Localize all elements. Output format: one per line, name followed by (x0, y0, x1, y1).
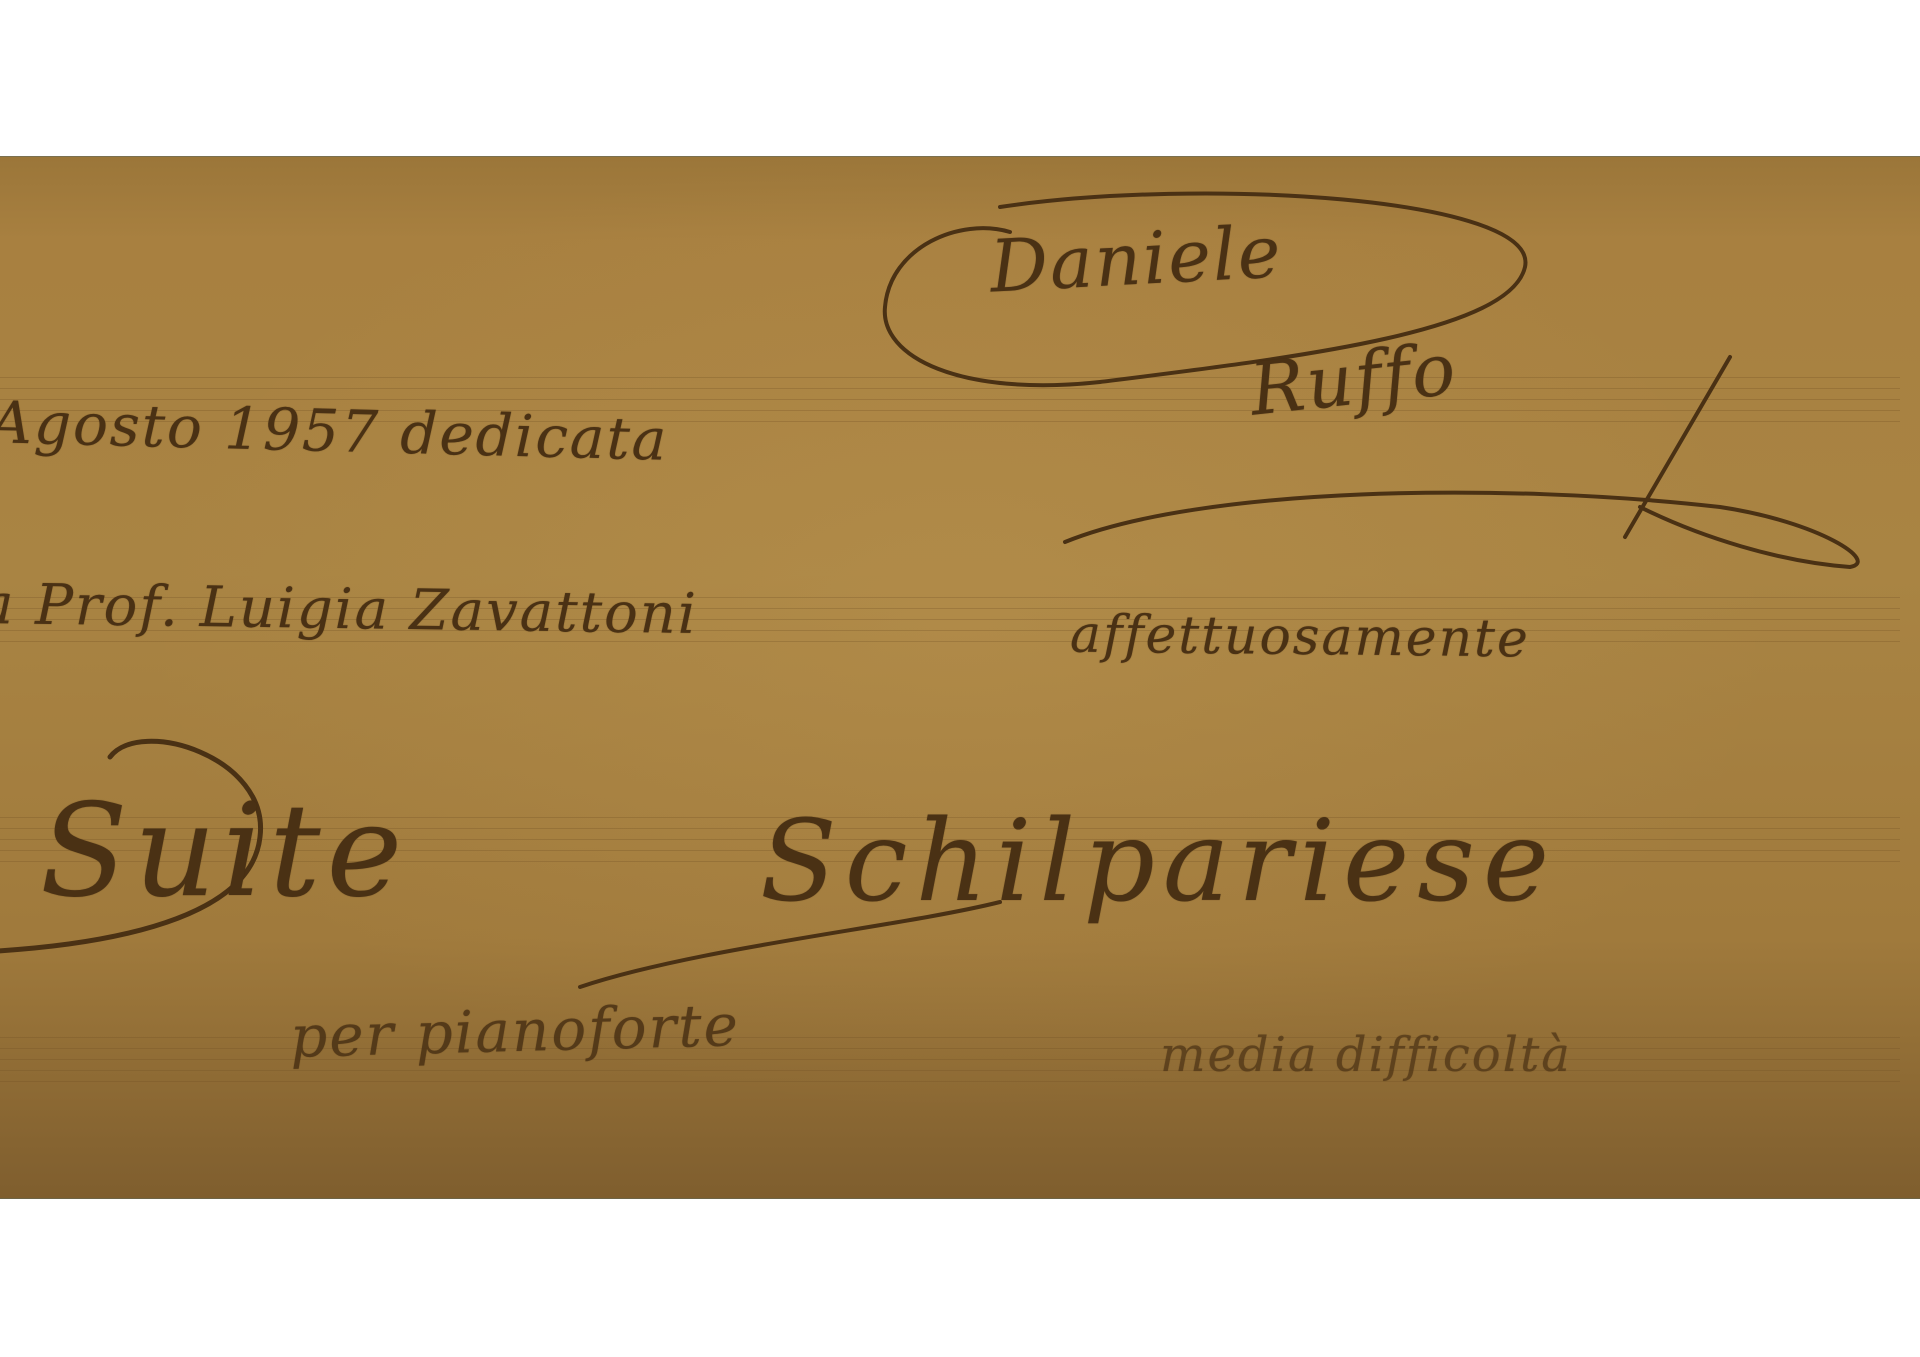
signature-first-name: Daniele (988, 209, 1284, 308)
title-word-schilpariese: Schilpariese (760, 797, 1557, 927)
instrumentation-line: per pianoforte (289, 991, 741, 1071)
title-word-suite: Suite (40, 777, 408, 926)
dedication-line: a Prof. Luigia Zavattoni (0, 572, 698, 647)
music-staff (0, 1037, 1900, 1081)
difficulty-line: media difficoltà (1160, 1027, 1572, 1083)
affection-word: affettuosamente (1070, 605, 1530, 670)
manuscript-photo: Daniele Ruffo Agosto 1957 dedicata a Pro… (0, 156, 1920, 1199)
